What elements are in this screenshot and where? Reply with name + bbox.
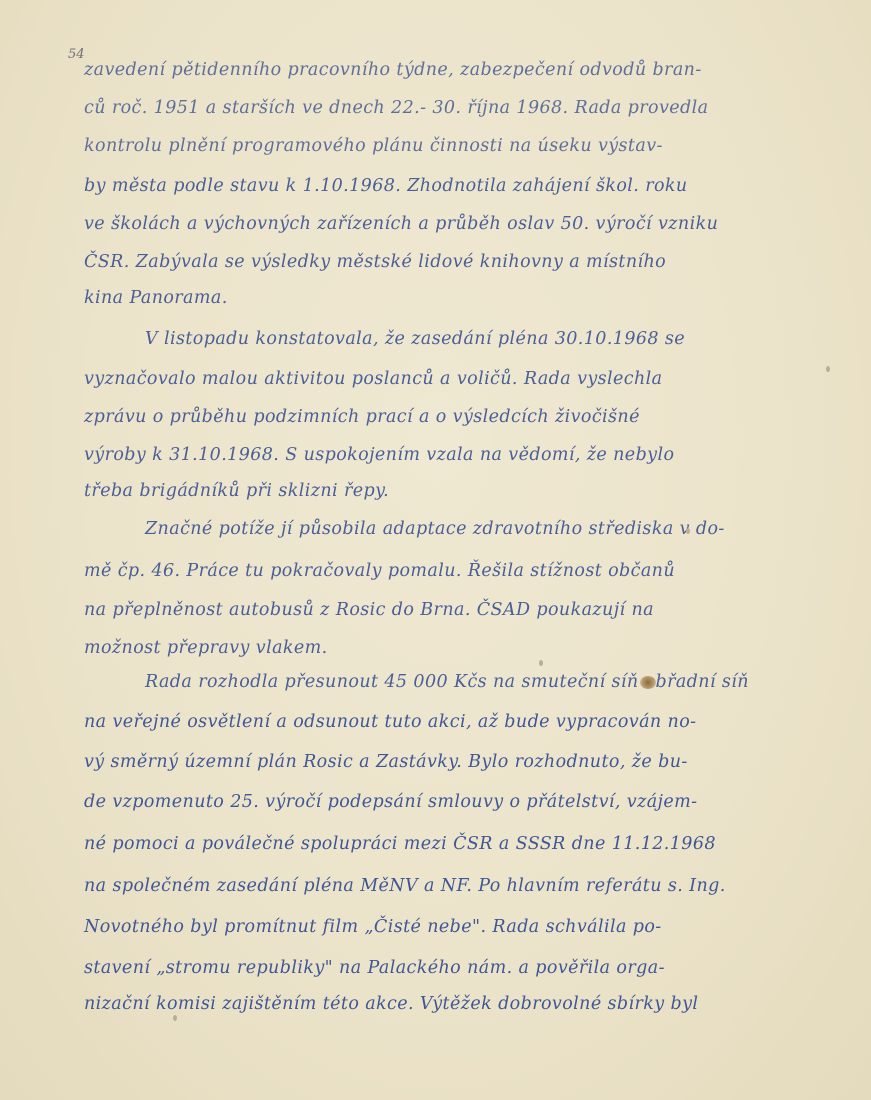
text-line: možnost přepravy vlakem. (84, 638, 328, 658)
text-line: třeba brigádníků při sklizni řepy. (84, 481, 389, 501)
paper-speck (173, 1015, 177, 1021)
text-line: zprávu o průběhu podzimních prací a o vý… (84, 407, 640, 427)
text-line: na veřejné osvětlení a odsunout tuto akc… (84, 712, 696, 732)
text-line: kontrolu plnění programového plánu činno… (84, 136, 663, 156)
text-line: né pomoci a poválečné spolupráci mezi ČS… (84, 834, 716, 854)
text-line: stavení „stromu republiky" na Palackého … (84, 958, 665, 978)
text-line: vý směrný územní plán Rosic a Zastávky. … (84, 752, 688, 772)
chronicle-page: 54 zavedení pětidenního pracovního týdne… (0, 0, 871, 1100)
text-line: Novotného byl promítnut film „Čisté nebe… (84, 917, 662, 937)
page-number: 54 (68, 47, 85, 62)
text-line: kina Panorama. (84, 288, 228, 308)
text-line: zavedení pětidenního pracovního týdne, z… (84, 60, 702, 80)
text-line: ců roč. 1951 a starších ve dnech 22.- 30… (84, 98, 708, 118)
paragraph-start: Značné potíže jí působila adaptace zdrav… (145, 519, 725, 539)
paragraph-start: V listopadu konstatovala, že zasedání pl… (145, 329, 685, 349)
text-line: na přeplněnost autobusů z Rosic do Brna.… (84, 600, 654, 620)
text-line: mě čp. 46. Práce tu pokračovaly pomalu. … (84, 561, 675, 581)
text-line: de vzpomenuto 25. výročí podepsání smlou… (84, 792, 697, 812)
text-line: nizační komisi zajištěním této akce. Výt… (84, 994, 698, 1014)
paper-speck (539, 660, 543, 666)
text-line: by města podle stavu k 1.10.1968. Zhodno… (84, 176, 688, 196)
paper-speck (826, 366, 830, 372)
text-line: na společném zasedání pléna MěNV a NF. P… (84, 876, 726, 896)
ink-stain (640, 676, 656, 689)
text-line: ve školách a výchovných zařízeních a prů… (84, 214, 718, 234)
paragraph-start: Rada rozhodla přesunout 45 000 Kčs na sm… (145, 672, 749, 692)
text-line: výroby k 31.10.1968. S uspokojením vzala… (84, 445, 674, 465)
text-line: vyznačovalo malou aktivitou poslanců a v… (84, 369, 662, 389)
text-line: ČSR. Zabývala se výsledky městské lidové… (84, 252, 666, 272)
paper-speck (686, 528, 690, 534)
